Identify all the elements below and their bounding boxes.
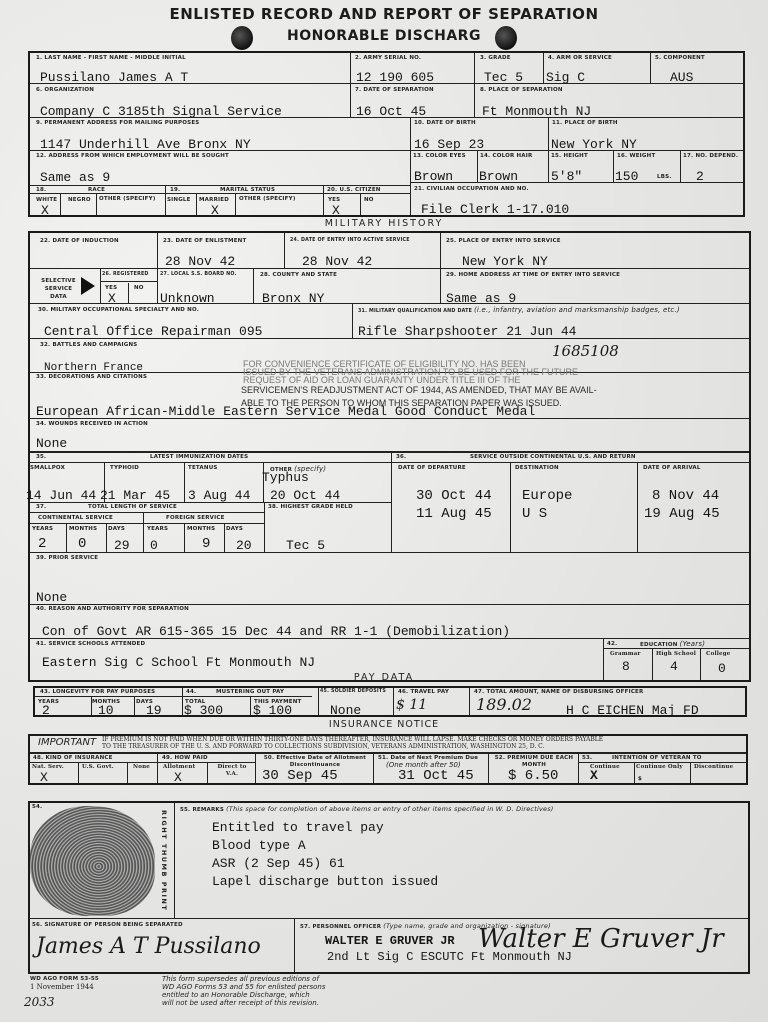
- mustering-out-label: Mustering out pay: [216, 689, 284, 695]
- field-2-label: 2. Army serial no.: [355, 55, 421, 61]
- form-date: 1 November 1944: [30, 983, 94, 992]
- for-months-value: 9: [202, 536, 210, 552]
- trip-2-arrival: 19 Aug 45: [644, 506, 720, 522]
- field-38-label: 38. Highest grade held: [268, 504, 353, 510]
- for-days-value: 20: [236, 538, 252, 553]
- enlistment-value: 28 Nov 42: [165, 254, 235, 269]
- us-govt-label: U.S. Govt.: [82, 764, 114, 770]
- qualification-value: Rifle Sharpshooter 21 Jun 44: [358, 324, 576, 339]
- total-length-label: Total length of service: [88, 504, 177, 510]
- continue-mark: X: [590, 768, 598, 783]
- field-50-label: 50. Effective Date of Allotment Disconti…: [260, 755, 370, 769]
- serial-value: 12 190 605: [356, 70, 434, 85]
- field-16-label: 16. Weight: [617, 153, 655, 159]
- field-28-label: 28. County and State: [260, 272, 337, 278]
- field-43-label: 43. Longevity for pay purposes: [40, 689, 155, 695]
- discontinue-label: Discontinue: [694, 764, 733, 770]
- important-label: IMPORTANT: [38, 737, 96, 748]
- deposits-value: None: [330, 703, 361, 718]
- other-immunization-name: Typhus: [262, 470, 309, 485]
- occupation-value: File Clerk 1-17.010: [421, 202, 569, 217]
- schools-value: Eastern Sig C School Ft Monmouth NJ: [42, 655, 315, 670]
- field-1-label: 1. Last name - First name - Middle initi…: [36, 55, 186, 61]
- trip-1-destination: Europe: [522, 488, 572, 504]
- field-11-label: 11. Place of birth: [552, 120, 618, 126]
- weight-value: 150: [615, 169, 638, 184]
- field-21-label: 21. Civilian occupation and no.: [414, 186, 529, 192]
- field-17-label: 17. No. depend.: [683, 153, 738, 159]
- grade-value: Tec 5: [484, 70, 523, 85]
- dob-value: 16 Sep 23: [414, 137, 484, 152]
- citizen-yes-mark: X: [332, 203, 340, 218]
- for-years-label: Years: [147, 526, 168, 532]
- continue-only-value: $: [638, 776, 642, 782]
- document-subtitle: HONORABLE DISCHARG: [0, 28, 768, 44]
- field-34-label: 34. Wounds received in action: [36, 421, 148, 427]
- direct-to-va-label: Direct to V.A.: [214, 764, 250, 778]
- military-history-section: [28, 231, 751, 682]
- typhoid-value: 21 Mar 45: [100, 488, 170, 503]
- decorations-value: European African-Middle Eastern Service …: [36, 404, 535, 419]
- typhoid-label: Typhoid: [110, 465, 139, 471]
- field-31-label: 31. Military qualification and date (i.e…: [358, 306, 680, 314]
- field-24-label: 24. Date of entry into active service: [290, 238, 410, 243]
- field-41-label: 41. Service schools attended: [36, 641, 145, 647]
- name-value: Pussilano James A T: [40, 70, 188, 85]
- marital-label: Marital status: [220, 187, 275, 193]
- active-entry-value: 28 Nov 42: [302, 254, 372, 269]
- cont-months-label: Months: [69, 526, 97, 532]
- effective-date-value: 30 Sep 45: [262, 768, 338, 784]
- allotment-mark: X: [174, 770, 182, 785]
- remark-line-2: Blood type A: [212, 838, 306, 853]
- officer-signature: Walter E Gruver Jr: [478, 924, 724, 954]
- marital-single-label: Single: [167, 197, 191, 203]
- trip-1-departure: 30 Oct 44: [416, 488, 492, 504]
- field-35-label: 35.: [36, 454, 46, 460]
- cont-days-label: Days: [108, 526, 125, 532]
- component-value: AUS: [670, 70, 693, 85]
- highest-grade-value: Tec 5: [286, 538, 325, 553]
- officer-name: WALTER E GRUVER JR: [325, 934, 455, 948]
- organization-value: Company C 3185th Signal Service: [40, 104, 282, 119]
- continue-only-label: Continue Only: [636, 764, 683, 770]
- field-53-label: 53.: [582, 755, 592, 761]
- field-48-label: 48. Kind of insurance: [33, 755, 113, 761]
- field-18-label: 18.: [36, 187, 46, 193]
- citizen-no-label: No: [364, 197, 374, 203]
- cont-days-value: 29: [114, 538, 130, 553]
- punch-hole-right: [495, 26, 517, 50]
- field-54-label: 54.: [32, 804, 42, 810]
- longevity-days-value: 19: [146, 703, 162, 718]
- field-46-label: 46. Travel pay: [398, 689, 449, 695]
- punch-hole-left: [231, 26, 253, 50]
- field-30-label: 30. Military occupational specialty and …: [38, 307, 199, 313]
- registered-yes-mark: X: [108, 291, 116, 306]
- marital-married-mark: X: [211, 203, 219, 218]
- separation-place-value: Ft Monmouth NJ: [482, 104, 591, 119]
- supersedes-line-4: will not be used after receipt of this r…: [162, 999, 319, 1008]
- field-4-label: 4. Arm or service: [548, 55, 612, 61]
- address-value: 1147 Underhill Ave Bronx NY: [40, 137, 251, 152]
- field-14-label: 14. Color hair: [480, 153, 532, 159]
- field-29-label: 29. Home address at time of entry into s…: [446, 272, 620, 278]
- total-amount-value: 189.02: [476, 695, 532, 714]
- mos-value: Central Office Repairman 095: [44, 324, 262, 339]
- hair-value: Brown: [479, 169, 518, 184]
- field-7-label: 7. Date of separation: [355, 87, 434, 93]
- field-49-label: 49. How paid: [162, 755, 208, 761]
- field-20-label: 20. U.S. Citizen: [327, 187, 381, 193]
- trip-1-arrival: 8 Nov 44: [652, 488, 719, 504]
- insurance-heading: INSURANCE NOTICE: [0, 719, 768, 730]
- field-10-label: 10. Date of birth: [414, 120, 476, 126]
- remark-line-1: Entitled to travel pay: [212, 820, 384, 835]
- trip-2-destination: U S: [522, 506, 547, 522]
- thumbprint-image: [30, 806, 155, 916]
- height-value: 5'8": [551, 169, 582, 184]
- tetanus-value: 3 Aug 44: [188, 488, 250, 503]
- eyes-value: Brown: [414, 169, 453, 184]
- field-42-label: 42.: [607, 641, 617, 647]
- arrival-label: Date of arrival: [643, 465, 701, 471]
- outside-service-label: Service outside continental U.S. and ret…: [470, 454, 636, 460]
- field-8-label: 8. Place of separation: [480, 87, 563, 93]
- field-6-label: 6. Organization: [36, 87, 94, 93]
- wounds-value: None: [36, 436, 67, 451]
- immunization-label: Latest immunization dates: [150, 454, 248, 460]
- cont-months-value: 0: [78, 536, 86, 552]
- entry-place-value: New York NY: [462, 254, 548, 269]
- insurance-notice-line-2: TO THE TREASURER OF THE U. S. AND FORWAR…: [102, 743, 544, 751]
- pay-data-heading: PAY DATA: [0, 672, 768, 683]
- field-36-label: 36.: [396, 454, 406, 460]
- person-signature: James A T Pussilano: [36, 934, 261, 959]
- next-due-value: 31 Oct 45: [398, 768, 474, 784]
- remark-line-3: ASR (2 Sep 45) 61: [212, 856, 345, 871]
- field-26-label: 26. Registered: [102, 272, 149, 277]
- selective-service-label: Selective Service Data: [36, 277, 81, 301]
- travel-pay-value: $ 11: [396, 697, 427, 713]
- remark-line-4: Lapel discharge button issued: [212, 874, 438, 889]
- for-years-value: 0: [150, 538, 158, 553]
- field-33-label: 33. Decorations and citations: [36, 374, 147, 380]
- intention-label: Intention of veteran to: [612, 755, 702, 761]
- employment-address-value: Same as 9: [40, 170, 110, 185]
- separation-date-value: 16 Oct 45: [356, 104, 426, 119]
- trip-2-departure: 11 Aug 45: [416, 506, 492, 522]
- field-19-label: 19.: [170, 187, 180, 193]
- prior-service-value: None: [36, 590, 67, 605]
- field-37-label: 37.: [36, 504, 46, 510]
- disbursing-officer-value: H C EICHEN Maj FD: [566, 703, 699, 718]
- military-history-heading: MILITARY HISTORY: [0, 218, 768, 229]
- destination-label: Destination: [515, 465, 559, 471]
- field-45-label: 45. Soldier deposits: [320, 689, 386, 694]
- field-3-label: 3. Grade: [480, 55, 511, 61]
- field-44-label: 44.: [186, 689, 196, 695]
- race-white-mark: X: [41, 203, 49, 218]
- field-12-label: 12. Address from which employment will b…: [36, 153, 229, 159]
- field-25-label: 25. Place of entry into service: [446, 238, 561, 244]
- field-27-label: 27. Local S.S. Board No.: [160, 272, 237, 277]
- field-32-label: 32. Battles and campaigns: [40, 342, 137, 348]
- tetanus-label: Tetanus: [188, 465, 218, 471]
- smallpox-label: Smallpox: [30, 465, 65, 471]
- stamp-line-4: SERVICEMEN'S READJUSTMENT ACT OF 1944, A…: [241, 384, 597, 397]
- departure-label: Date of departure: [398, 465, 466, 471]
- board-value: Unknown: [160, 291, 215, 306]
- race-label: Race: [88, 187, 105, 193]
- weight-unit: LBS.: [657, 174, 672, 180]
- this-payment-value: $ 100: [253, 703, 292, 718]
- county-value: Bronx NY: [262, 291, 324, 306]
- field-15-label: 15. Height: [551, 153, 588, 159]
- thumb-print-label: RIGHT THUMB PRINT: [160, 810, 168, 911]
- document-title: ENLISTED RECORD AND REPORT OF SEPARATION: [0, 5, 768, 23]
- field-13-label: 13. Color eyes: [413, 153, 466, 159]
- none-label: None: [133, 764, 150, 770]
- highschool-label: High School: [656, 651, 696, 657]
- longevity-years-value: 2: [42, 703, 50, 718]
- longevity-months-value: 10: [98, 703, 114, 718]
- arm-value: Sig C: [546, 70, 585, 85]
- race-other-label: Other (specify): [99, 196, 156, 202]
- field-23-label: 23. Date of enlistment: [163, 238, 246, 244]
- for-months-label: Months: [187, 526, 215, 532]
- field-56-label: 56. Signature of person being separated: [32, 922, 183, 928]
- dependents-value: 2: [696, 169, 704, 184]
- field-52-label: 52. Premium due each month: [493, 755, 575, 769]
- other-immunization-date: 20 Oct 44: [270, 488, 340, 503]
- grammar-label: Grammar: [610, 651, 641, 657]
- smallpox-value: 14 Jun 44: [26, 488, 96, 503]
- home-address-value: Same as 9: [446, 291, 516, 306]
- continental-service-label: Continental service: [38, 515, 113, 521]
- college-label: College: [706, 651, 730, 657]
- pob-value: New York NY: [551, 137, 637, 152]
- field-22-label: 22. Date of induction: [40, 238, 119, 244]
- education-label: Education (Years): [640, 640, 705, 648]
- premium-value: $ 6.50: [508, 768, 558, 784]
- mustering-total-value: $ 300: [184, 703, 223, 718]
- cont-years-label: Years: [32, 526, 53, 532]
- field-39-label: 39. Prior service: [36, 555, 98, 561]
- registered-no-label: No: [134, 285, 144, 291]
- marital-other-label: Other (specify): [239, 196, 296, 202]
- for-days-label: Days: [226, 526, 243, 532]
- cont-years-value: 2: [38, 536, 46, 552]
- field-55-label: 55. Remarks (This space for completion o…: [180, 805, 554, 813]
- handwritten-form-number: 2033: [24, 995, 55, 1009]
- field-5-label: 5. Component: [655, 55, 705, 61]
- handwritten-certificate-number: 1685108: [552, 342, 619, 360]
- foreign-service-label: Foreign service: [166, 515, 225, 521]
- nat-serv-mark: X: [40, 770, 48, 785]
- arrow-right-icon: [81, 277, 95, 295]
- race-negro-label: Negro: [68, 197, 91, 203]
- field-9-label: 9. Permanent address for mailing purpose…: [36, 120, 199, 126]
- form-id: WD AGO FORM 53-55: [30, 976, 99, 982]
- field-40-label: 40. Reason and authority for separation: [36, 606, 189, 612]
- reason-value: Con of Govt AR 615-365 15 Dec 44 and RR …: [42, 624, 510, 639]
